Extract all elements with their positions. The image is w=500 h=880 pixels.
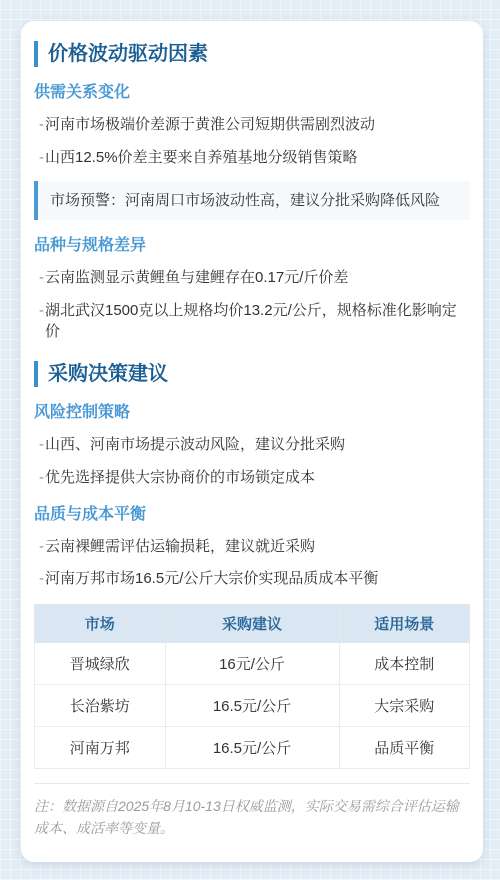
- bullet-shanxi-price-gap: - 山西12.5%价差主要来自养殖基地分级销售策略: [39, 147, 470, 169]
- bullet-text: 山西、河南市场提示波动风险，建议分批采购: [45, 434, 345, 456]
- bullet-text: 优先选择提供大宗协商价的市场锁定成本: [45, 467, 315, 489]
- bullet-text: 河南万邦市场16.5元/公斤大宗价实现品质成本平衡: [45, 568, 378, 590]
- report-card: 价格波动驱动因素 供需关系变化 - 河南市场极端价差源于黄淮公司短期供需剧烈波动…: [21, 21, 483, 862]
- section-title-procurement-advice: 采购决策建议: [34, 361, 470, 387]
- cell-market-name: 河南万邦: [35, 727, 166, 769]
- bullet-lock-cost: - 优先选择提供大宗协商价的市场锁定成本: [39, 467, 470, 489]
- cell-use-scene: 大宗采购: [339, 685, 470, 727]
- cell-use-scene: 成本控制: [339, 643, 470, 685]
- dash-bullet-marker: -: [39, 267, 44, 289]
- bullet-text: 山西12.5%价差主要来自养殖基地分级销售策略: [45, 147, 358, 169]
- subheading-quality-cost: 品质与成本平衡: [34, 505, 470, 524]
- table-row: 长治紫坊 16.5元/公斤 大宗采购: [35, 685, 470, 727]
- bullet-yunnan-transport: - 云南裸鲤需评估运输损耗，建议就近采购: [39, 536, 470, 558]
- subheading-risk-control: 风险控制策略: [34, 403, 470, 422]
- market-warning-callout: 市场预警：河南周口市场波动性高，建议分批采购降低风险: [34, 181, 470, 220]
- cell-price-advice: 16.5元/公斤: [165, 727, 339, 769]
- table-header-row: 市场 采购建议 适用场景: [35, 605, 470, 643]
- bullet-wanbang-balance: - 河南万邦市场16.5元/公斤大宗价实现品质成本平衡: [39, 568, 470, 590]
- dash-bullet-marker: -: [39, 536, 44, 558]
- section-title-price-drivers: 价格波动驱动因素: [34, 41, 470, 67]
- table-row: 河南万邦 16.5元/公斤 品质平衡: [35, 727, 470, 769]
- subheading-supply-demand: 供需关系变化: [34, 83, 470, 102]
- dash-bullet-marker: -: [39, 114, 44, 136]
- bullet-text: 湖北武汉1500克以上规格均价13.2元/公斤，规格标准化影响定价: [45, 300, 470, 344]
- cell-market-name: 晋城绿欣: [35, 643, 166, 685]
- cell-market-name: 长治紫坊: [35, 685, 166, 727]
- table-header-market: 市场: [35, 605, 166, 643]
- dash-bullet-marker: -: [39, 434, 44, 456]
- subheading-variety-spec: 品种与规格差异: [34, 236, 470, 255]
- bullet-text: 云南监测显示黄鲤鱼与建鲤存在0.17元/斤价差: [45, 267, 348, 289]
- cell-price-advice: 16.5元/公斤: [165, 685, 339, 727]
- table-header-advice: 采购建议: [165, 605, 339, 643]
- footnote: 注：数据源自2025年8月10-13日权威监测，实际交易需综合评估运输成本、成活…: [34, 795, 470, 840]
- dash-bullet-marker: -: [39, 300, 44, 322]
- dash-bullet-marker: -: [39, 467, 44, 489]
- market-recommendation-table: 市场 采购建议 适用场景 晋城绿欣 16元/公斤 成本控制 长治紫坊 16.5元…: [34, 604, 470, 769]
- dash-bullet-marker: -: [39, 568, 44, 590]
- cell-use-scene: 品质平衡: [339, 727, 470, 769]
- bullet-volatility-risk: - 山西、河南市场提示波动风险，建议分批采购: [39, 434, 470, 456]
- divider: [34, 783, 470, 784]
- bullet-hubei-spec: - 湖北武汉1500克以上规格均价13.2元/公斤，规格标准化影响定价: [39, 300, 470, 344]
- bullet-yunnan-monitor: - 云南监测显示黄鲤鱼与建鲤存在0.17元/斤价差: [39, 267, 470, 289]
- cell-price-advice: 16元/公斤: [165, 643, 339, 685]
- table-header-scene: 适用场景: [339, 605, 470, 643]
- table-row: 晋城绿欣 16元/公斤 成本控制: [35, 643, 470, 685]
- bullet-text: 河南市场极端价差源于黄淮公司短期供需剧烈波动: [45, 114, 375, 136]
- bullet-henan-price-gap: - 河南市场极端价差源于黄淮公司短期供需剧烈波动: [39, 114, 470, 136]
- bullet-text: 云南裸鲤需评估运输损耗，建议就近采购: [45, 536, 315, 558]
- dash-bullet-marker: -: [39, 147, 44, 169]
